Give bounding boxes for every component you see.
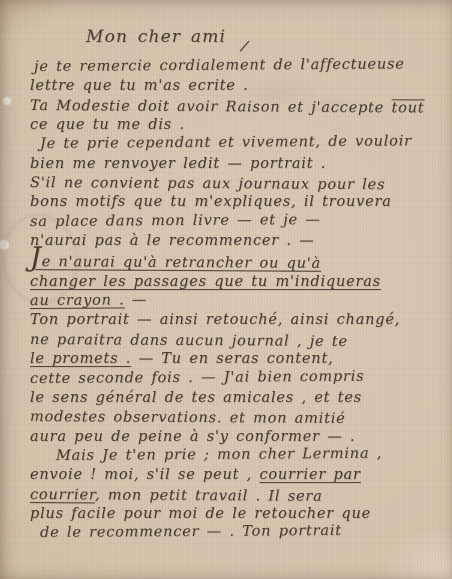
underlined-text-segment: Je n'aurai qu'à retrancher ou qu'à [30,254,321,272]
letter-line: Je n'aurai qu'à retrancher ou qu'à [30,251,452,275]
text-segment: de le recommencer — . Ton portrait [40,523,342,541]
text-segment: cette seconde fois . — J'ai bien compris [30,368,364,386]
letter-line: Ton portrait — ainsi retouché, ainsi cha… [30,311,452,330]
text-segment: Je te prie cependant et vivement, de vou… [40,134,412,153]
letter-line: courrier, mon petit travail . Il sera [30,486,452,508]
letter-page: Mon cher ami/ je te remercie cordialemen… [0,0,452,579]
overlined-text-segment: tout [391,100,424,116]
letter-line: Je te prie cependant et vivement, de vou… [40,132,452,154]
text-segment: , mon petit travail . Il sera [95,487,323,504]
text-segment: lettre que tu m'as ecrite . [30,78,249,94]
salutation-text: Mon cher ami [86,27,226,47]
text-segment: Ta Modestie doit avoir Raison et j'accep… [30,98,392,116]
text-segment: Mais Je t'en prie ; mon cher Lermina , [56,446,382,464]
letter-line: lettre que tu m'as ecrite . [30,77,452,96]
letter-line: de le recommencer — . Ton portrait [40,521,452,543]
text-segment: ce que tu me dis . [30,117,185,133]
text-segment: S'il ne convient pas aux journaux pour l… [30,175,385,193]
letter-line: je te remercie cordialement de l'affectu… [34,55,452,77]
underlined-text-segment: courrier par [259,467,360,483]
underlined-text-segment: courrier [30,487,95,503]
underlined-text-segment: le promets . [30,351,131,367]
text-segment: — [125,292,148,308]
ink-mark: / [240,35,251,58]
letter-line: au crayon . — [30,289,452,311]
letter-line: Ta Modestie doit avoir Raison et j'accep… [30,97,452,119]
text-segment: aura peu de peine à s'y conformer — . [30,429,355,445]
letter-line: bien me renvoyer ledit — portrait . [30,155,452,174]
text-segment: envoie ! moi, s'il se peut , [30,467,259,483]
salutation-line: Mon cher ami/ [86,26,452,48]
text-segment: plus facile pour moi de le retoucher que [30,506,371,522]
letter-line: envoie ! moi, s'il se peut , courrier pa… [30,466,452,485]
letter-line: sa place dans mon livre — et je — [30,210,452,232]
letter-line: modestes observations. et mon amitié [30,408,452,430]
letter-line: cette seconde fois . — J'ai bien compris [30,367,452,389]
letter-line: S'il ne convient pas aux journaux pour l… [30,174,452,196]
letter-line: n'aurai pas à le recommencer . — [30,232,452,251]
text-segment: — Tu en seras content, [131,351,333,367]
underlined-text-segment: changer les passages que tu m'indiqueras [30,274,381,290]
text-segment: bons motifs que tu m'expliques, il trouv… [30,194,392,210]
letter-line: ne paraitra dans aucun journal , je te [30,331,452,353]
letter-line: Mais Je t'en prie ; mon cher Lermina , [56,444,452,466]
underlined-text-segment: au crayon . [30,292,125,309]
text-segment: n'aurai pas à le recommencer . — [30,233,315,249]
letter-body: je te remercie cordialement de l'affectu… [30,58,452,544]
text-segment: sa place dans mon livre — et je — [30,212,321,230]
text-segment: Ton portrait — ainsi retouché, ainsi cha… [30,312,400,328]
text-segment: bien me renvoyer ledit — portrait . [30,156,326,172]
text-segment: je te remercie cordialement de l'affectu… [34,56,405,75]
text-segment: modestes observations. et mon amitié [30,409,346,427]
text-segment: le sens général de tes amicales , et tes [30,390,362,406]
text-segment: ne paraitra dans aucun journal , je te [30,332,348,350]
letter-line: le sens général de tes amicales , et tes [30,389,452,408]
